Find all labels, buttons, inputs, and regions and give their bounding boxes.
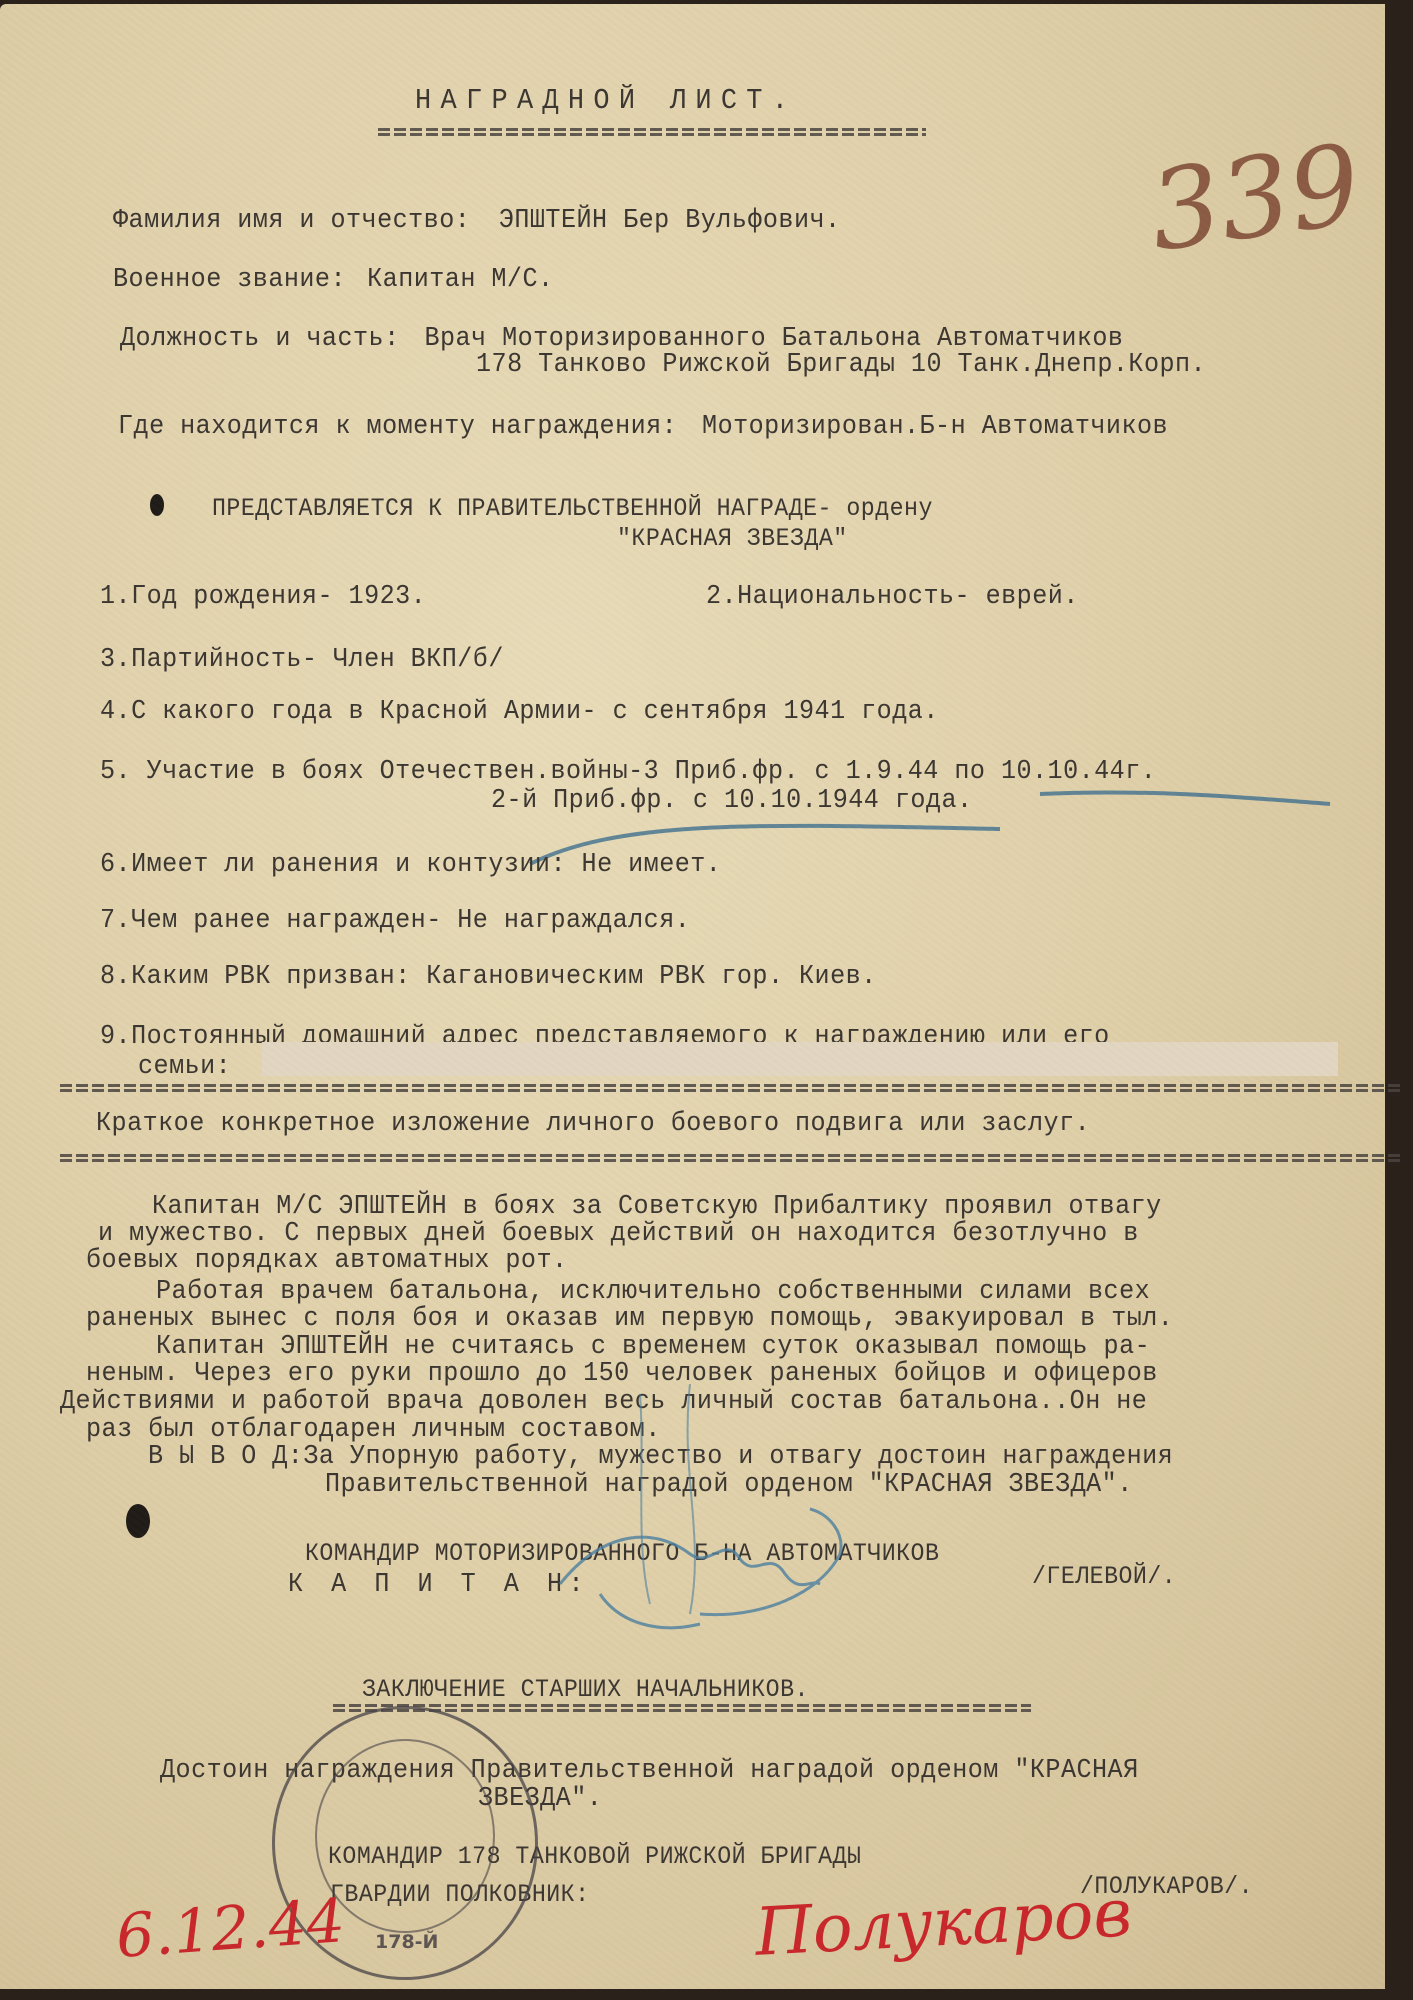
position-value-line2: 178 Танково Рижской Бригады 10 Танк.Днеп… [476,352,1206,379]
name-value: ЭПШТЕЙН Бер Вульфович. [499,206,841,236]
paper-hole [150,494,164,516]
redacted-address [262,1042,1338,1076]
item-combat-line1: 5. Участие в боях Отечествен.войны-3 При… [100,759,1156,786]
item-draft-office: 8.Каким РВК призван: Кагановическим РВК … [100,964,877,991]
position-label: Должность и часть: [120,324,400,354]
award-sheet-paper: НАГРАДНОЙ ЛИСТ. 339 Фамилия имя и отчест… [0,4,1385,1989]
narrative-line: Капитан ЭПШТЕЙН не считаясь с временем с… [156,1334,1150,1361]
handwritten-date: 6.12.44 [114,1886,347,1972]
narrative-line: Действиями и работой врача доволен весь … [60,1389,1147,1416]
narrative-line: Работая врачем батальона, исключительно … [156,1279,1150,1306]
narrative-line: раненых вынес с поля боя и оказав им пер… [86,1306,1173,1333]
archive-number: 339 [1142,120,1368,276]
nomination-line1: ПРЕДСТАВЛЯЕТСЯ К ПРАВИТЕЛЬСТВЕННОЙ НАГРА… [212,496,933,521]
red-signature: Полукаров [753,1874,1133,1971]
document-title: НАГРАДНОЙ ЛИСТ. [415,86,797,115]
item-address-line2: семьи: [138,1054,231,1081]
item-birth-year: 1.Год рождения- 1923. [100,584,426,611]
separator-line [60,1084,1400,1093]
item-wounds: 6.Имеет ли ранения и контузии: Не имеет. [100,852,721,879]
rank-field: Военное звание: Капитан М/С. [113,267,554,294]
paper-hole [126,1504,150,1538]
name-label: Фамилия имя и отчество: [113,206,470,236]
senior-heading: ЗАКЛЮЧЕНИЕ СТАРШИХ НАЧАЛЬНИКОВ. [362,1677,809,1702]
narrative-line: раз был отблагодарен личным составом. [86,1417,661,1444]
item-nationality: 2.Национальность- еврей. [706,584,1079,611]
commander-rank: К А П И Т А Н: [288,1572,590,1599]
commander-title: КОМАНДИР МОТОРИЗИРОВАННОГО Б-НА АВТОМАТЧ… [305,1541,939,1566]
nomination-line2: "КРАСНАЯ ЗВЕЗДА" [617,526,848,551]
narrative-conclusion: Правительственной наградой орденом "КРАС… [325,1472,1133,1499]
summary-heading: Краткое конкретное изложение личного бое… [96,1111,1090,1138]
position-field: Должность и часть: Врач Моторизированног… [120,326,1123,353]
commander-name: /ГЕЛЕВОЙ/. [1032,1564,1176,1589]
name-field: Фамилия имя и отчество: ЭПШТЕЙН Бер Вуль… [113,208,841,235]
narrative-conclusion: В Ы В О Д:За Упорную работу, мужество и … [148,1444,1173,1471]
rank-value: Капитан М/С. [367,265,553,295]
title-underline [378,128,926,137]
item-prior-awards: 7.Чем ранее награжден- Не награждался. [100,908,690,935]
stamp-text: 178-Й [375,1931,438,1953]
location-field: Где находится к моменту награждения: Мот… [118,414,1168,441]
narrative-line: Капитан М/С ЭПШТЕЙН в боях за Советскую … [152,1194,1162,1221]
location-label: Где находится к моменту награждения: [118,412,677,442]
rank-label: Военное звание: [113,265,346,295]
narrative-line: боевых порядках автоматных рот. [86,1248,568,1275]
item-combat-line2: 2-й Приб.фр. с 10.10.1944 года. [491,788,973,815]
item-party: 3.Партийность- Член ВКП/б/ [100,647,504,674]
narrative-line: неным. Через его руки прошло до 150 чело… [86,1361,1158,1388]
item-army-since: 4.С какого года в Красной Армии- с сентя… [100,699,939,726]
location-value: Моторизирован.Б-н Автоматчиков [702,412,1168,442]
separator-line [60,1154,1400,1163]
narrative-line: и мужество. С первых дней боевых действи… [98,1221,1139,1248]
